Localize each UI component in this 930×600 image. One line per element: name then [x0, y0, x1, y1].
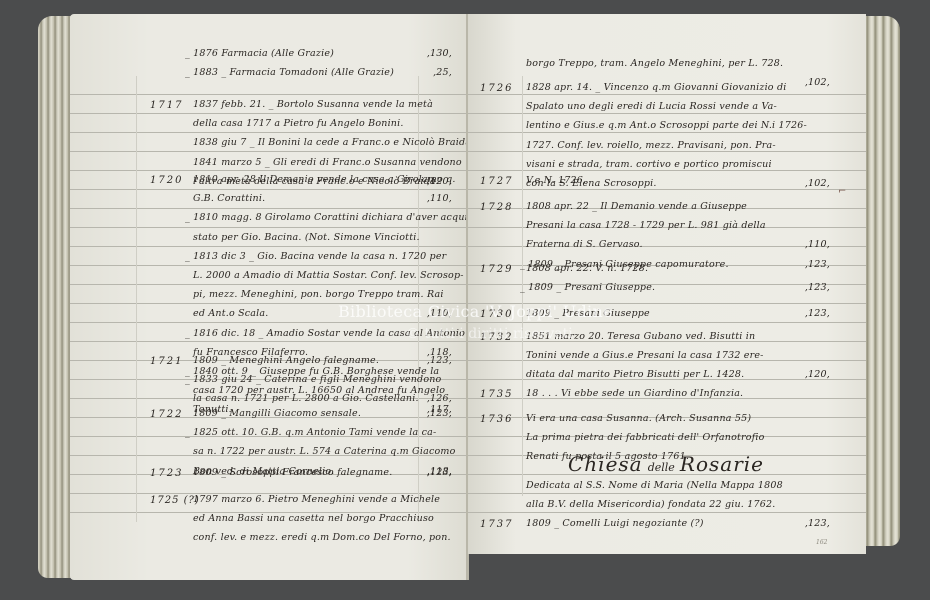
page-number: 162: [816, 539, 827, 546]
margin-line: [136, 76, 137, 522]
house-number: 1729: [480, 264, 513, 275]
house-number: 1726: [480, 83, 513, 94]
open-ledger-book: _ 1876 Farmacia (Alle Grazie),130, _ 188…: [38, 14, 900, 580]
house-number: 1723: [150, 468, 183, 479]
house-number: 1735: [480, 389, 513, 400]
house-number: 1728: [480, 202, 513, 213]
left-page: _ 1876 Farmacia (Alle Grazie),130, _ 188…: [70, 14, 468, 580]
house-number: 1737: [480, 519, 513, 530]
ledger-entry: 1809 _ Comelli Luigi negoziante (?),123,: [526, 514, 848, 533]
right-page: borgo Treppo, tram. Angelo Meneghini, pe…: [468, 14, 866, 554]
house-number: 1717: [150, 100, 183, 111]
ledger-entry: 1808 apr. 22. V. n. 1728. _ 1809 _ Presa…: [526, 259, 848, 297]
ledger-entry: borgo Treppo, tram. Angelo Meneghini, pe…: [526, 54, 848, 73]
ledger-entry: 1809 _ Presani Giuseppe,123,: [526, 304, 848, 323]
house-number: 1721: [150, 356, 183, 367]
ledger-entry: 18 . . . Vi ebbe sede un Giardino d'Infa…: [526, 384, 848, 403]
right-page-edges: [864, 16, 900, 546]
left-page-edges: [38, 16, 74, 578]
ledger-entry: 1809 _ Meneghini Angelo falegname.,123, …: [193, 351, 468, 409]
church-heading: Chiesa delle Rosarie: [568, 452, 764, 476]
ledger-entry: 1797 marzo 6. Pietro Meneghini vende a M…: [193, 490, 468, 548]
house-number: 1730: [480, 309, 513, 320]
ledger-entry: V.e N. 1726.: [526, 171, 848, 190]
house-number: 1732: [480, 332, 513, 343]
ledger-entry: 1851 marzo 20. Teresa Gubano ved. Bisutt…: [526, 327, 848, 385]
church-description: Dedicata al S.S. Nome di Maria (Nella Ma…: [526, 476, 856, 514]
pencil-mark: ⌐: [838, 186, 846, 197]
ledger-entry: 1809 _ Scrosoppi Francesco falegname.,12…: [193, 463, 468, 482]
house-number: 1736: [480, 414, 513, 425]
house-number: 1727: [480, 176, 513, 187]
ledger-entry: _ 1876 Farmacia (Alle Grazie),130, _ 188…: [185, 44, 468, 82]
house-number: 1722: [150, 409, 183, 420]
house-number: 1720: [150, 175, 183, 186]
